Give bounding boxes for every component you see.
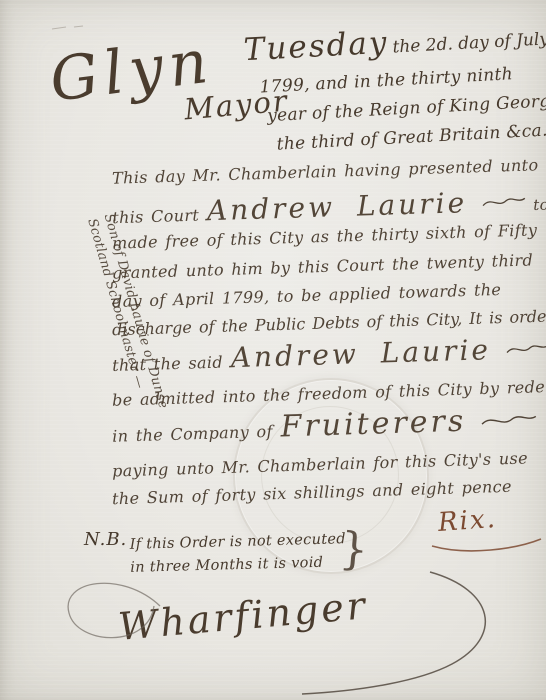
body-line-1: This day Mr. Chamberlain having presente… xyxy=(112,155,539,187)
company-name: Fruiterers xyxy=(280,404,467,445)
signature-underline xyxy=(432,539,541,551)
nota-bene-label: N.B. xyxy=(84,529,127,550)
clerk-signature: Rix. xyxy=(437,504,498,538)
freeman-name-repeat: Andrew Laurie xyxy=(230,333,491,374)
body-line-7-pre: that the said xyxy=(112,353,223,375)
body-line-2-post: to be xyxy=(533,195,546,214)
body-line-5: day of April 1799, to be applied towards… xyxy=(112,280,502,311)
manuscript-page: Glyn Mayor Tuesdaythe 2d. day of July 17… xyxy=(0,0,546,700)
nota-bene-brace: } xyxy=(338,523,370,576)
pencil-marks xyxy=(52,26,83,29)
body-line-9-pre: in the Company of xyxy=(112,422,273,446)
dateline-row1-rest: the 2d. day of July xyxy=(392,29,546,57)
body-line-7: that the said Andrew Laurie xyxy=(112,331,546,378)
nota-bene-line2: in three Months it is void xyxy=(130,551,347,580)
occupation-signature: Wharfinger xyxy=(117,583,370,649)
body-line-2-pre: this Court xyxy=(112,206,199,228)
dateline-block: Tuesdaythe 2d. day of July 1799, and in … xyxy=(243,16,546,161)
flourish-icon xyxy=(481,193,527,210)
flourish-icon xyxy=(505,340,546,357)
nota-bene-text: If this Order is not executed in three M… xyxy=(129,528,346,580)
body-line-4: granted unto him by this Court the twent… xyxy=(112,250,534,282)
body-line-9: in the Company of Fruiterers xyxy=(112,401,545,450)
dateline-day-word: Tuesday xyxy=(243,25,389,69)
flourish-icon xyxy=(480,410,539,430)
freeman-name: Andrew Laurie xyxy=(206,186,467,227)
